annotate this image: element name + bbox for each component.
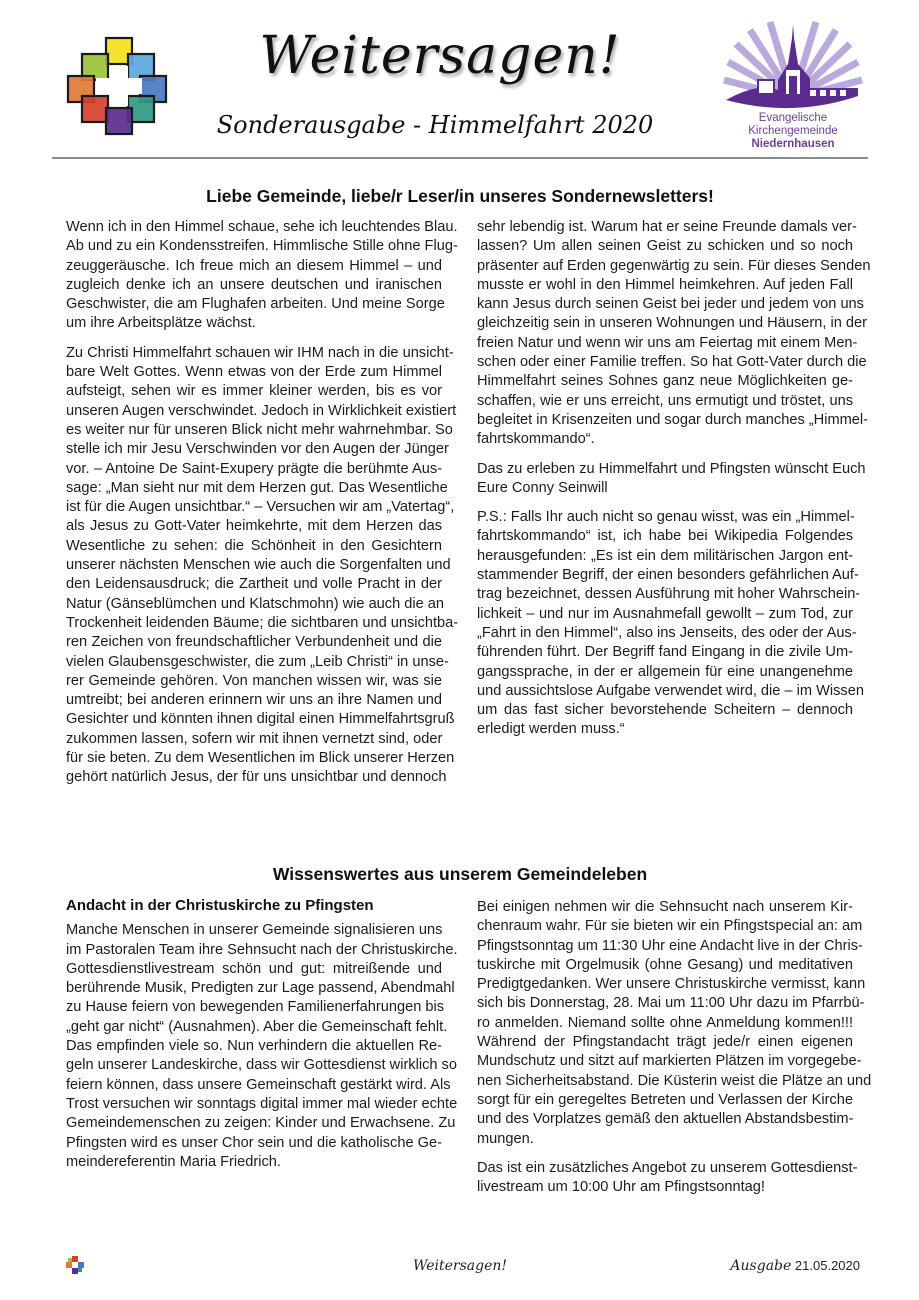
- text-line: gangssprache, in der er allgemein für ei…: [477, 663, 853, 682]
- text-line: zukommen lassen, sofern wir mit ihnen ve…: [66, 730, 442, 749]
- article-column-right: sehr lebendig ist. Warum hat er seine Fr…: [477, 218, 853, 750]
- text-line: sage: „Man sieht nur mit dem Herzen gut.…: [66, 479, 442, 498]
- text-line: umtreibt; bei anderen erinnern wir uns a…: [66, 691, 442, 710]
- article-column-left: Wenn ich in den Himmel schaue, sehe ich …: [66, 218, 442, 798]
- text-line: freien Natur und wenn wir uns am Feierta…: [477, 334, 853, 353]
- text-line: chenraum wahr. Für sie bieten wir ein Pf…: [477, 917, 853, 936]
- text-line: im Pastoralen Team ihre Sehnsucht nach d…: [66, 941, 442, 960]
- text-line: tuskirche mit Orgelmusik (ohne Gesang) u…: [477, 956, 853, 975]
- footer-issue: Ausgabe 21.05.2020: [700, 1258, 860, 1274]
- text-line: „Fahrt in den Himmel“, also ins Jenseits…: [477, 624, 853, 643]
- text-line: Mundschutz und sitzt auf markierten Plät…: [477, 1052, 853, 1071]
- footer-cross-logo-icon: [66, 1256, 84, 1274]
- text-line: stammender Begriff, der einen besonders …: [477, 566, 853, 585]
- text-line: Gottesdienstlivestream schön und gut: mi…: [66, 960, 442, 979]
- text-line: herausgefunden: „Es ist ein dem militäri…: [477, 547, 853, 566]
- church-logo-line1: Evangelische: [718, 112, 868, 125]
- text-line: als Jesus zu Gott-Vater heimkehrte, mit …: [66, 517, 442, 536]
- text-line: trag bezeichnet, dessen Ausführung mit h…: [477, 585, 853, 604]
- paragraph: Das zu erleben zu Himmelfahrt und Pfings…: [477, 460, 853, 499]
- text-line: zu Hause feiern von bewegenden Familiene…: [66, 998, 442, 1017]
- text-line: sich bis Donnerstag, 28. Mai um 11:00 Uh…: [477, 994, 853, 1013]
- text-line: Gesichter und könnten ihnen digital eine…: [66, 710, 442, 729]
- text-line: Natur (Gänseblümchen und Klatschmohn) wi…: [66, 595, 442, 614]
- text-line: Pfingstsonntag um 11:30 Uhr eine Andacht…: [477, 937, 853, 956]
- text-line: stelle ich mir Jesu Verschwinden vor den…: [66, 440, 442, 459]
- text-line: Predigtgedanken. Wer unsere Christuskirc…: [477, 975, 853, 994]
- text-line: fahrtskommando“.: [477, 430, 853, 449]
- paragraph: P.S.: Falls Ihr auch nicht so genau wiss…: [477, 508, 853, 740]
- paragraph: sehr lebendig ist. Warum hat er seine Fr…: [477, 218, 853, 450]
- text-line: Das empfinden viele so. Nun verhindern d…: [66, 1037, 442, 1056]
- section-heading-community: Wissenswertes aus unserem Gemeindeleben: [52, 864, 868, 885]
- text-line: für sie beten. Zu dem Wesentlichen im Bl…: [66, 749, 442, 768]
- text-line: Eure Conny Seinwill: [477, 479, 853, 498]
- text-line: Wenn ich in den Himmel schaue, sehe ich …: [66, 218, 442, 237]
- paragraph: Zu Christi Himmelfahrt schauen wir IHM n…: [66, 344, 442, 788]
- text-line: um ihre Arbeitsplätze wächst.: [66, 314, 442, 333]
- text-line: und des Vorplatzes gemäß den aktuellen A…: [477, 1110, 853, 1129]
- text-line: Das zu erleben zu Himmelfahrt und Pfings…: [477, 460, 853, 479]
- paragraph: Bei einigen nehmen wir die Sehnsucht nac…: [477, 898, 853, 1149]
- text-line: musste er wohl in den Himmel heimkehren.…: [477, 276, 853, 295]
- text-line: ren Zeichen von freundschaftlicher Verbu…: [66, 633, 442, 652]
- text-line: sehr lebendig ist. Warum hat er seine Fr…: [477, 218, 853, 237]
- text-line: Himmelfahrt seines Sohnes ganz neue Mögl…: [477, 372, 853, 391]
- text-line: und aussichtslose Aufgabe verwendet wird…: [477, 682, 853, 701]
- text-line: Ab und zu ein Kondensstreifen. Himmlisch…: [66, 237, 442, 256]
- news-subheading: Andacht in der Christuskirche zu Pfingst…: [66, 896, 442, 915]
- news-left-body: Manche Menschen in unserer Gemeinde sign…: [66, 921, 442, 1172]
- text-line: nen Sicherheitsabstand. Die Küsterin wei…: [477, 1072, 853, 1091]
- paragraph: Wenn ich in den Himmel schaue, sehe ich …: [66, 218, 442, 334]
- text-line: fahrtskommando“ ist, ich habe bei Wikipe…: [477, 527, 853, 546]
- text-line: zeuggeräusche. Ich freue mich an diesem …: [66, 257, 442, 276]
- newsletter-subtitle: Sonderausgabe - Himmelfahrt 2020: [200, 110, 670, 140]
- text-line: Pfingsten wird es unser Chor sein und di…: [66, 1134, 442, 1153]
- text-line: es weiter nur für unseren Blick nicht me…: [66, 421, 442, 440]
- text-line: Gemeindemenschen zu zeigen: Kinder und E…: [66, 1114, 442, 1133]
- text-line: Während der Pfingstandacht trägt jede/r …: [477, 1033, 853, 1052]
- text-line: den Leidensausdruck; die Zartheit und vo…: [66, 575, 442, 594]
- text-line: schen oder einer Familie treffen. So hat…: [477, 353, 853, 372]
- text-line: führenden führt. Der Begriff fand Eingan…: [477, 643, 853, 662]
- text-line: ro anmelden. Niemand sollte ohne Anmeldu…: [477, 1014, 853, 1033]
- text-line: begleitet in Krisenzeiten und sogar durc…: [477, 411, 853, 430]
- newsletter-title: Weitersagen!: [200, 26, 680, 86]
- text-line: Trockenheit leidenden Bäume; die sichtba…: [66, 614, 442, 633]
- cross-logo-icon: [66, 36, 170, 136]
- text-line: aufsteigt, sehen wir es immer kleiner we…: [66, 382, 442, 401]
- text-line: vor. – Antoine De Saint-Exupery prägte d…: [66, 460, 442, 479]
- news-column-left: Andacht in der Christuskirche zu Pfingst…: [66, 896, 442, 1182]
- header-divider: [52, 157, 868, 159]
- text-line: bare Welt Gottes. Wenn etwas von der Erd…: [66, 363, 442, 382]
- text-line: lassen? Um allen seinen Geist zu schicke…: [477, 237, 853, 256]
- text-line: meindereferentin Maria Friedrich.: [66, 1153, 442, 1172]
- text-line: ist für die Augen unsichtbar.“ – Versuch…: [66, 498, 442, 517]
- church-logo-line3: Niedernhausen: [718, 138, 868, 151]
- text-line: livestream um 10:00 Uhr am Pfingstsonnta…: [477, 1178, 853, 1197]
- text-line: rer Gemeinde gehören. Von manchen wissen…: [66, 672, 442, 691]
- news-column-right: Bei einigen nehmen wir die Sehnsucht nac…: [477, 898, 853, 1207]
- church-logo-line2: Kirchengemeinde: [718, 125, 868, 138]
- text-line: Wesentliche zu sehen: die Schönheit in d…: [66, 537, 442, 556]
- text-line: Geschwister, die am Flughafen arbeiten. …: [66, 295, 442, 314]
- text-line: gehört natürlich Jesus, der für uns unsi…: [66, 768, 442, 787]
- text-line: Das ist ein zusätzliches Angebot zu unse…: [477, 1159, 853, 1178]
- paragraph: Manche Menschen in unserer Gemeinde sign…: [66, 921, 442, 1172]
- paragraph: Das ist ein zusätzliches Angebot zu unse…: [477, 1159, 853, 1198]
- text-line: unseren Augen verschwindet. Jedoch in Wi…: [66, 402, 442, 421]
- footer-issue-label: Ausgabe: [730, 1258, 791, 1274]
- text-line: präsenter auf Erden gegenwärtig zu sein.…: [477, 257, 853, 276]
- text-line: zugleich denke ich an unsere deutschen u…: [66, 276, 442, 295]
- text-line: schaffen, wie er uns erreicht, uns ermut…: [477, 392, 853, 411]
- text-line: Bei einigen nehmen wir die Sehnsucht nac…: [477, 898, 853, 917]
- text-line: Zu Christi Himmelfahrt schauen wir IHM n…: [66, 344, 442, 363]
- text-line: berührende Musik, Predigten zur Lage pas…: [66, 979, 442, 998]
- footer-title: Weitersagen!: [380, 1258, 540, 1274]
- church-icon: [718, 20, 868, 110]
- section-heading-greeting: Liebe Gemeinde, liebe/r Leser/in unseres…: [52, 186, 868, 207]
- text-line: P.S.: Falls Ihr auch nicht so genau wiss…: [477, 508, 853, 527]
- footer-issue-date: 21.05.2020: [795, 1258, 860, 1273]
- text-line: um das fast sicher bevorstehende Scheite…: [477, 701, 853, 720]
- church-logo: Evangelische Kirchengemeinde Niedernhaus…: [718, 20, 868, 154]
- text-line: kann Jesus durch seinen Geist bei jeder …: [477, 295, 853, 314]
- text-line: erledigt werden muss.“: [477, 720, 853, 739]
- text-line: unserer nächsten Menschen wie auch die S…: [66, 556, 442, 575]
- text-line: sorgt für ein geregeltes Betreten und Ve…: [477, 1091, 853, 1110]
- text-line: geln unserer Landeskirche, dass wir Gott…: [66, 1056, 442, 1075]
- text-line: lichkeit – und nur im Ausnahmefall gewol…: [477, 605, 853, 624]
- text-line: mungen.: [477, 1130, 853, 1149]
- text-line: gleichzeitig sein in unseren Wohnungen u…: [477, 314, 853, 333]
- text-line: Trost versuchen wir sonntags digital imm…: [66, 1095, 442, 1114]
- text-line: „geht gar nicht“ (Ausnahmen). Aber die G…: [66, 1018, 442, 1037]
- text-line: vielen Glaubensgeschwister, die zum „Lei…: [66, 653, 442, 672]
- text-line: Manche Menschen in unserer Gemeinde sign…: [66, 921, 442, 940]
- text-line: feiern können, dass unsere Gemeinschaft …: [66, 1076, 442, 1095]
